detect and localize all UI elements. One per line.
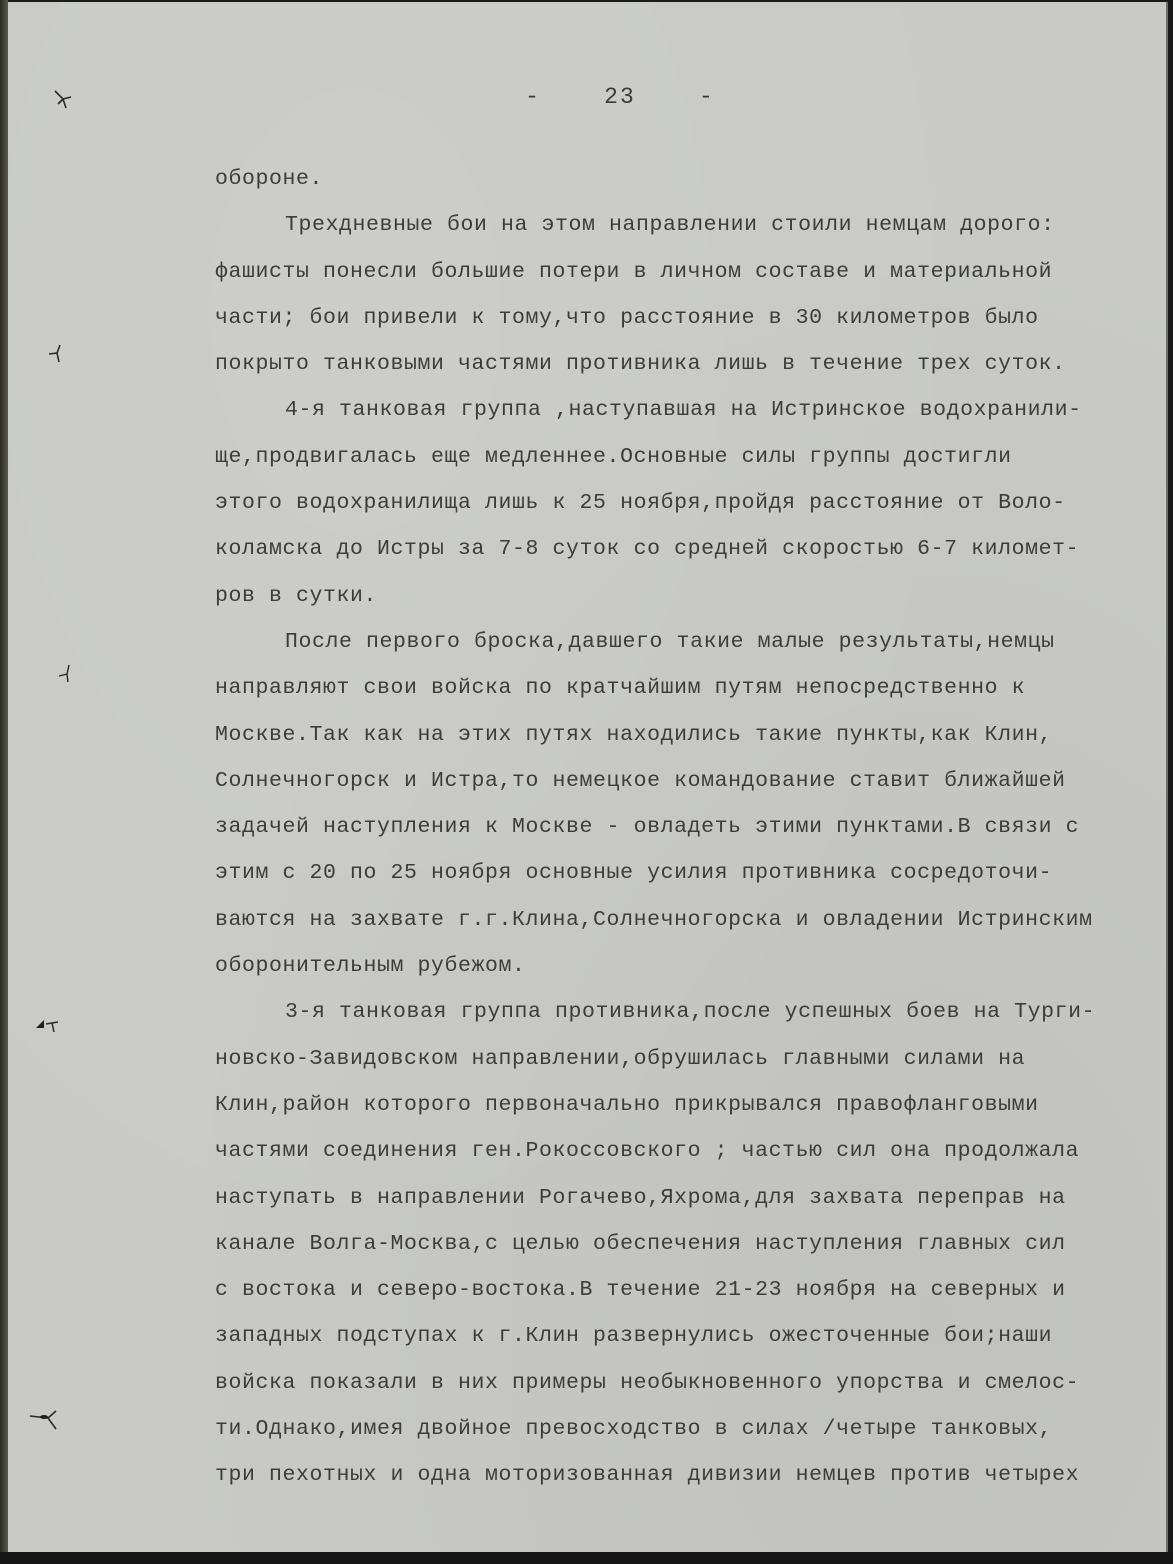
text-line: западных подступах к г.Клин развернулись… [215,1313,1165,1359]
text-line: ваются на захвате г.г.Клина,Солнечногорс… [215,897,1165,943]
text-line: ти.Однако,имея двойное превосходство в с… [215,1406,1165,1452]
punch-hole-icon [56,662,74,680]
text-line: наступать в направлении Рогачево,Яхрома,… [215,1175,1165,1221]
punch-hole-icon [28,1407,46,1425]
scan-left-edge [0,0,8,1564]
punch-hole-icon [32,1014,50,1032]
text-line: коламска до Истры за 7-8 суток со средне… [215,526,1165,572]
text-line: этим с 20 по 25 ноября основные усилия п… [215,850,1165,896]
text-line: покрыто танковыми частями противника лиш… [215,341,1165,387]
text-line: новско-Завидовском направлении,обрушилас… [215,1036,1165,1082]
document-body: обороне.Трехдневные бои на этом направле… [215,156,1165,1499]
punch-hole-icon [46,342,64,360]
scan-bottom-edge [0,1552,1173,1564]
text-line: Клин,район которого первоначально прикры… [215,1082,1165,1128]
text-line: частями соединения ген.Рокоссовского ; ч… [215,1128,1165,1174]
text-line: Трехдневные бои на этом направлении стои… [215,202,1165,248]
text-line: ров в сутки. [215,573,1165,619]
text-line: этого водохранилища лишь к 25 ноября,про… [215,480,1165,526]
text-line: Солнечногорск и Истра,то немецкое команд… [215,758,1165,804]
text-line: ще,продвигалась еще медленнее.Основные с… [215,434,1165,480]
text-line: обороне. [215,156,1165,202]
text-line: После первого броска,давшего такие малые… [215,619,1165,665]
page-number: - 23 - [520,84,720,110]
text-line: войска показали в них примеры необыкнове… [215,1360,1165,1406]
text-line: оборонительным рубежом. [215,943,1165,989]
text-line: задачей наступления к Москве - овладеть … [215,804,1165,850]
text-line: три пехотных и одна моторизованная дивиз… [215,1452,1165,1498]
text-line: канале Волга-Москва,с целью обеспечения … [215,1221,1165,1267]
text-line: фашисты понесли большие потери в личном … [215,249,1165,295]
text-line: 4-я танковая группа ,наступавшая на Истр… [215,387,1165,433]
text-line: части; бои привели к тому,что расстояние… [215,295,1165,341]
text-line: Москве.Так как на этих путях находились … [215,712,1165,758]
punch-hole-icon [52,88,70,106]
text-line: направляют свои войска по кратчайшим пут… [215,665,1165,711]
text-line: 3-я танковая группа противника,после усп… [215,989,1165,1035]
text-line: с востока и северо-востока.В течение 21-… [215,1267,1165,1313]
